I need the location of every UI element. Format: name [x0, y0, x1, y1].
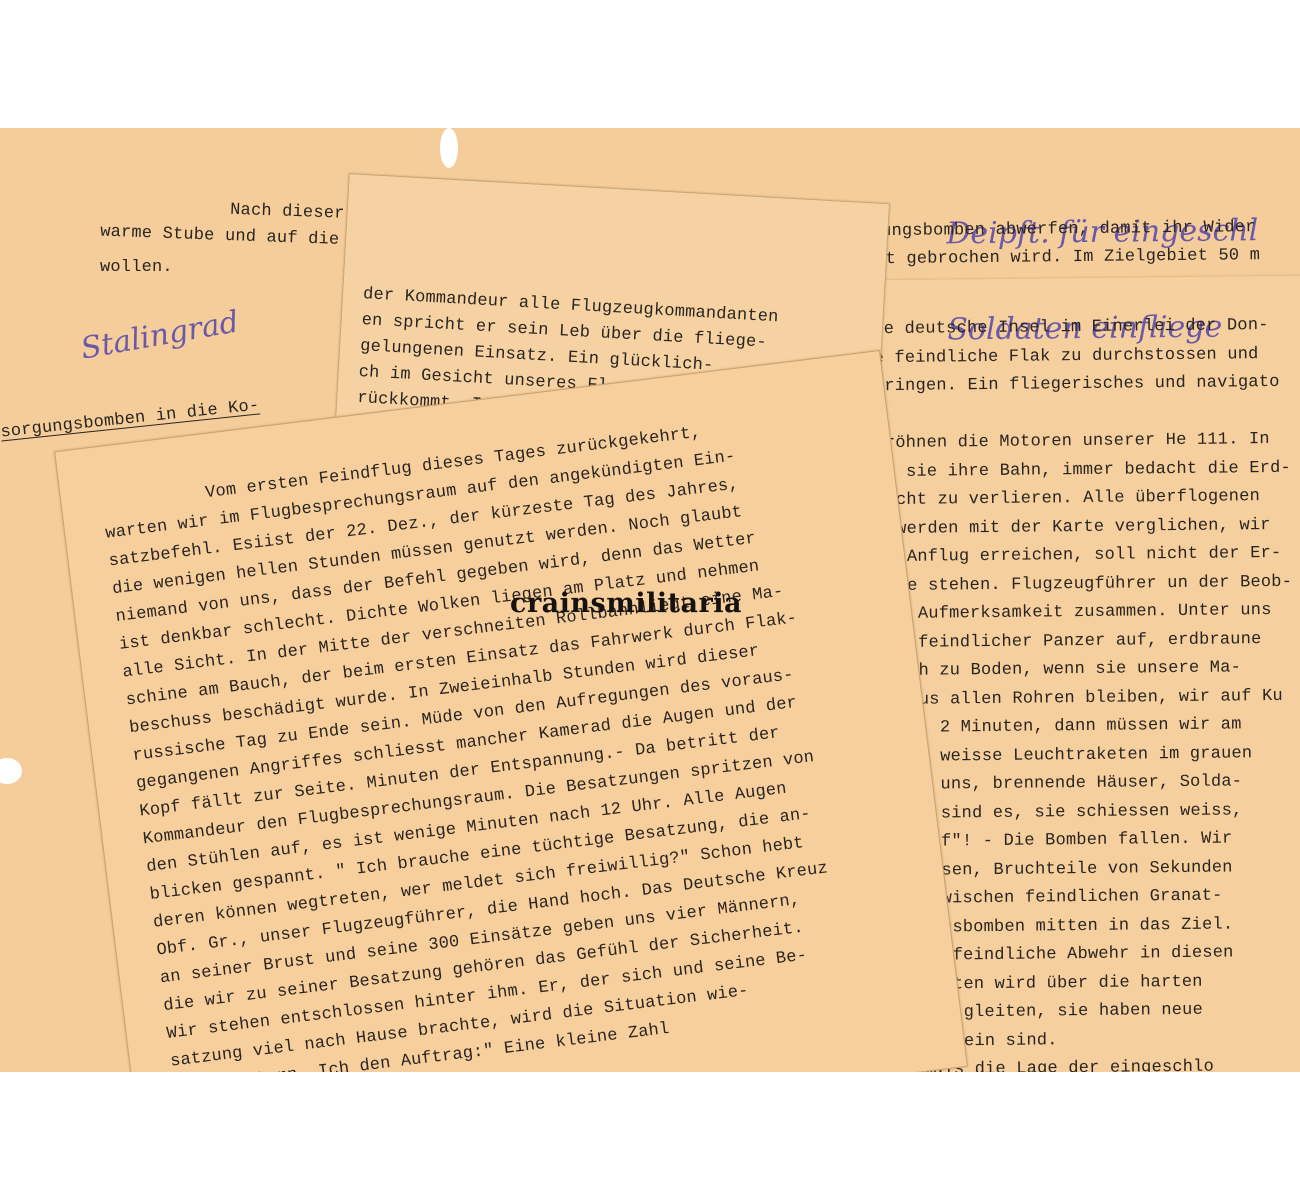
text-line: wollen.: [100, 258, 173, 277]
text-line: nd aus allen Rohren bleiben, wir auf Ku: [877, 686, 1283, 709]
text-line: nt sie ihre Bahn, immer bedacht die Erd-: [875, 458, 1291, 481]
text-line: noch, 2 Minuten, dann müssen wir am: [877, 715, 1241, 738]
handwritten-note: Stalingrad: [78, 304, 241, 366]
text-line: ter Aufmerksamkeit zusammen. Unter uns: [876, 601, 1271, 624]
text-line: rage stehen. Flugzeugführer un der Beob-: [876, 572, 1292, 595]
handwritten-note: Deipft. für eingeschl Soldaten einfliege: [946, 151, 1261, 410]
text-line: dröhnen die Motoren unserer He 111. In: [874, 430, 1269, 453]
text-line: sse feindlicher Panzer auf, erdbraune: [877, 630, 1262, 653]
text-line: n werden mit der Karte verglichen, wir: [875, 516, 1270, 539]
text-line: en Anflug erreichen, soll nicht der Er-: [876, 544, 1282, 567]
punch-hole: [440, 128, 458, 168]
text-line: tehen weisse Leuchtraketen im grauen: [878, 744, 1253, 767]
watermark: crainsmilitaria: [510, 588, 742, 619]
text-line: nicht zu verlieren. Alle überflogenen: [875, 487, 1260, 510]
document-collage: Nach dieser Anspannung freuen wir uns sc…: [0, 128, 1300, 1072]
text-line: rasch zu Boden, wenn sie unsere Ma-: [877, 658, 1241, 681]
text-line: e feindliche Flak zu durchstossen und: [874, 345, 1259, 368]
punch-hole: [0, 758, 22, 784]
front-page: Vom ersten Feindflug dieses Tages zurück…: [54, 350, 968, 1072]
